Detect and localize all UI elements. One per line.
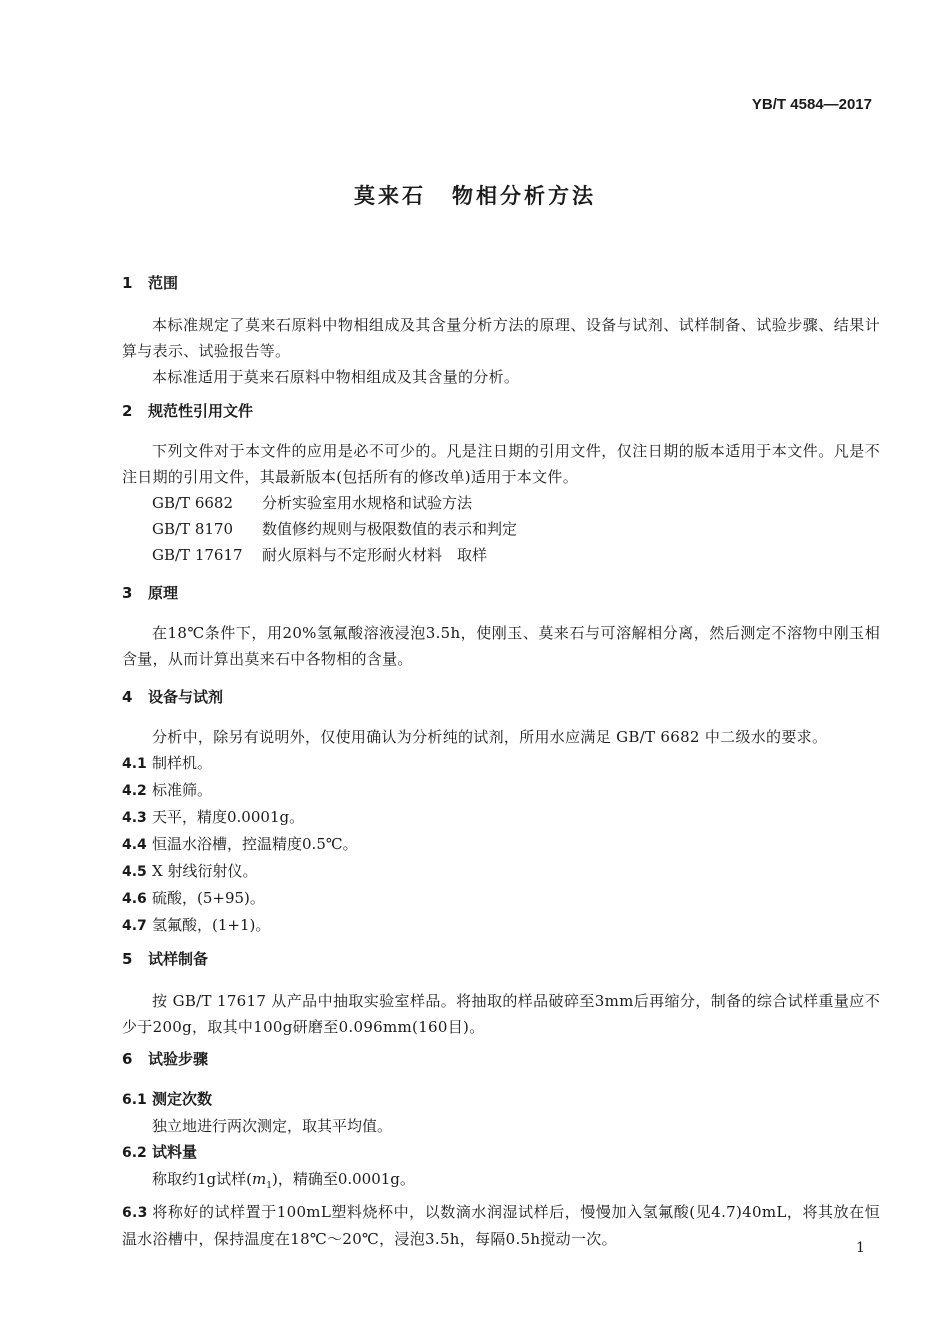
list-item: 4.7氢氟酸，(1+1)。 bbox=[122, 912, 880, 939]
paragraph: 本标准适用于莫来石原料中物相组成及其含量的分析。 bbox=[122, 364, 880, 390]
subsection-heading: 6.1测定次数 bbox=[122, 1086, 880, 1113]
reference-item: GB/T 6682分析实验室用水规格和试验方法 bbox=[122, 490, 880, 516]
section-heading: 4设备与试剂 bbox=[122, 684, 880, 710]
section-heading: 3原理 bbox=[122, 580, 880, 606]
section-principle: 3原理 在18℃条件下，用20%氢氟酸溶液浸泡3.5h，使刚玉、莫来石与可溶解相… bbox=[122, 580, 880, 672]
section-heading: 5试样制备 bbox=[122, 946, 880, 972]
paragraph: 独立地进行两次测定，取其平均值。 bbox=[122, 1113, 880, 1139]
section-test-procedure: 6试验步骤 6.1测定次数 独立地进行两次测定，取其平均值。 6.2试料量 称取… bbox=[122, 1046, 880, 1252]
paragraph: 本标准规定了莫来石原料中物相组成及其含量分析方法的原理、设备与试剂、试样制备、试… bbox=[122, 312, 880, 364]
section-heading: 2规范性引用文件 bbox=[122, 398, 880, 424]
document-title: 莫来石物相分析方法 bbox=[0, 180, 950, 210]
paragraph: 称取约1g试样(m1)，精确至0.0001g。 bbox=[122, 1166, 880, 1199]
paragraph: 在18℃条件下，用20%氢氟酸溶液浸泡3.5h，使刚玉、莫来石与可溶解相分离，然… bbox=[122, 620, 880, 672]
reference-item: GB/T 17617耐火原料与不定形耐火材料 取样 bbox=[122, 542, 880, 568]
paragraph-item: 6.3将称好的试样置于100mL塑料烧杯中，以数滴水润湿试样后，慢慢加入氢氟酸(… bbox=[122, 1199, 880, 1252]
list-item: 4.3天平，精度0.0001g。 bbox=[122, 804, 880, 831]
list-item: 4.4恒温水浴槽，控温精度0.5℃。 bbox=[122, 831, 880, 858]
page-number: 1 bbox=[856, 1240, 865, 1256]
standard-code: YB/T 4584—2017 bbox=[752, 96, 872, 113]
paragraph: 下列文件对于本文件的应用是必不可少的。凡是注日期的引用文件，仅注日期的版本适用于… bbox=[122, 438, 880, 490]
list-item: 4.1制样机。 bbox=[122, 750, 880, 777]
list-item: 4.2标准筛。 bbox=[122, 777, 880, 804]
section-sample-preparation: 5试样制备 按 GB/T 17617 从产品中抽取实验室样品。将抽取的样品破碎至… bbox=[122, 946, 880, 1040]
section-scope: 1范围 本标准规定了莫来石原料中物相组成及其含量分析方法的原理、设备与试剂、试样… bbox=[122, 270, 880, 390]
list-item: 4.6硫酸，(5+95)。 bbox=[122, 885, 880, 912]
title-part-2: 物相分析方法 bbox=[452, 184, 596, 208]
reference-item: GB/T 8170数值修约规则与极限数值的表示和判定 bbox=[122, 516, 880, 542]
section-heading: 1范围 bbox=[122, 270, 880, 296]
section-normative-references: 2规范性引用文件 下列文件对于本文件的应用是必不可少的。凡是注日期的引用文件，仅… bbox=[122, 398, 880, 568]
section-apparatus-reagents: 4设备与试剂 分析中，除另有说明外，仅使用确认为分析纯的试剂，所用水应满足 GB… bbox=[122, 684, 880, 939]
paragraph: 分析中，除另有说明外，仅使用确认为分析纯的试剂，所用水应满足 GB/T 6682… bbox=[122, 724, 880, 750]
title-part-1: 莫来石 bbox=[354, 184, 426, 208]
list-item: 4.5X 射线衍射仪。 bbox=[122, 858, 880, 885]
paragraph: 按 GB/T 17617 从产品中抽取实验室样品。将抽取的样品破碎至3mm后再缩… bbox=[122, 988, 880, 1040]
subsection-heading: 6.2试料量 bbox=[122, 1139, 880, 1166]
section-heading: 6试验步骤 bbox=[122, 1046, 880, 1072]
